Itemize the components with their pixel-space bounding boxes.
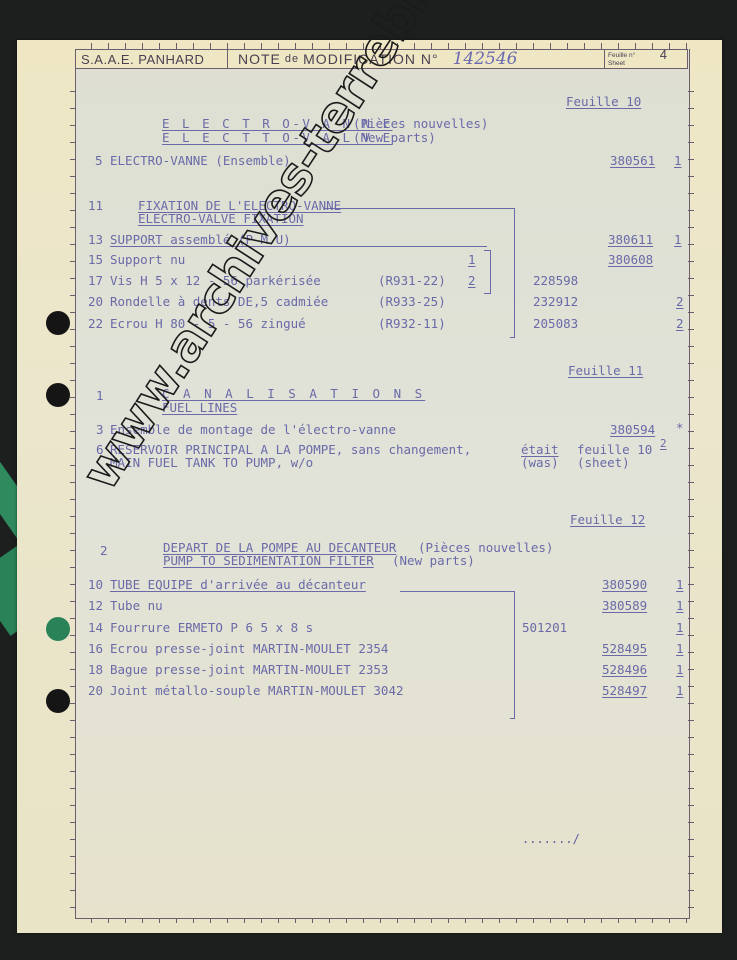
item-label: Support nu bbox=[110, 253, 185, 267]
group-line bbox=[325, 208, 513, 209]
group-ref: 1 bbox=[96, 389, 104, 403]
sheet-label-fr: Feuille n° bbox=[608, 52, 687, 60]
quantity: 1 bbox=[676, 642, 684, 656]
ruler-bottom bbox=[75, 918, 688, 923]
quantity: 1 bbox=[676, 663, 684, 677]
quantity: 1 bbox=[674, 233, 682, 247]
item-label: TUBE EQUIPE d'arrivée au décanteur bbox=[110, 578, 366, 592]
quantity: 1 bbox=[676, 621, 684, 635]
item-ref: 10 bbox=[88, 578, 103, 592]
quantity: 1 bbox=[676, 684, 684, 698]
item-ref: 14 bbox=[88, 621, 103, 635]
sub-quantity: 2 bbox=[468, 274, 476, 288]
sheet-box: Feuille n° Sheet 4 bbox=[605, 50, 687, 68]
part-number: 380594 bbox=[610, 423, 655, 437]
part-number: 228598 bbox=[533, 274, 578, 288]
note-prefix: NOTE bbox=[238, 51, 281, 67]
group-title-en: PUMP TO SEDIMENTATION FILTER bbox=[163, 554, 374, 568]
continuation-mark: ......./ bbox=[522, 832, 580, 846]
quantity: 2 bbox=[676, 295, 684, 309]
sheet-superscript: 2 bbox=[660, 437, 667, 451]
sheet-ref: Feuille 10 bbox=[566, 95, 641, 109]
punch-hole bbox=[46, 689, 70, 713]
part-number: 528495 bbox=[602, 642, 647, 656]
section-title-en-note: (New parts) bbox=[353, 131, 436, 145]
sheet-label-en: Sheet bbox=[608, 60, 687, 68]
note-number: 142546 bbox=[453, 49, 518, 69]
item-label: Tube nu bbox=[110, 599, 163, 613]
item-label: Fourrure ERMETO P 6 5 x 8 s bbox=[110, 621, 313, 635]
was-en: (was) bbox=[521, 456, 559, 470]
note-de: de bbox=[285, 53, 299, 65]
part-number: 380590 bbox=[602, 578, 647, 592]
part-number: 380589 bbox=[602, 599, 647, 613]
sub-quantity: 1 bbox=[468, 253, 476, 267]
item-ref: 15 bbox=[88, 253, 103, 267]
part-number: 380561 bbox=[610, 154, 655, 168]
note-title: NOTE de MODIFICATION N° 142546 bbox=[228, 50, 605, 68]
group-title-en-note: (New parts) bbox=[392, 554, 475, 568]
group-line bbox=[400, 591, 514, 592]
part-number: 380611 bbox=[608, 233, 653, 247]
subgroup-line bbox=[275, 246, 487, 247]
punch-hole bbox=[46, 311, 70, 335]
sheet-number: 4 bbox=[660, 51, 667, 59]
ruler-right bbox=[688, 75, 694, 915]
ruler-left bbox=[70, 75, 76, 915]
item-ref: 20 bbox=[88, 295, 103, 309]
item-spec: (R932-11) bbox=[378, 317, 446, 331]
group-bracket bbox=[510, 591, 515, 719]
item-ref: 17 bbox=[88, 274, 103, 288]
group-ref: 2 bbox=[100, 544, 108, 558]
group-bracket bbox=[510, 208, 515, 338]
quantity: 1 bbox=[674, 154, 682, 168]
group-ref: 11 bbox=[88, 199, 103, 213]
item-label: ELECTRO-VANNE (Ensemble) bbox=[110, 154, 291, 168]
item-ref: 20 bbox=[88, 684, 103, 698]
sheet-en: (sheet) bbox=[577, 456, 630, 470]
sheet-ref: Feuille 11 bbox=[568, 364, 643, 378]
group-title-fr: C A N A L I S A T I O N S bbox=[162, 387, 425, 401]
item-spec: (R931-22) bbox=[378, 274, 446, 288]
quantity-marker: * bbox=[676, 421, 684, 435]
item-label: Bague presse-joint MARTIN-MOULET 2353 bbox=[110, 663, 388, 677]
subgroup-bracket bbox=[484, 250, 491, 294]
section-title-note: (Pièces nouvelles) bbox=[353, 117, 488, 131]
item-ref: 16 bbox=[88, 642, 103, 656]
company-name: S.A.A.E. PANHARD bbox=[76, 50, 228, 68]
item-ref: 18 bbox=[88, 663, 103, 677]
part-number: 528496 bbox=[602, 663, 647, 677]
item-ref: 12 bbox=[88, 599, 103, 613]
item-label: Ecrou presse-joint MARTIN-MOULET 2354 bbox=[110, 642, 388, 656]
item-ref: 13 bbox=[88, 233, 103, 247]
part-number: 232912 bbox=[533, 295, 578, 309]
item-ref: 22 bbox=[88, 317, 103, 331]
group-part-number: 501201 bbox=[522, 621, 567, 635]
item-spec: (R933-25) bbox=[378, 295, 446, 309]
form-frame bbox=[75, 49, 690, 919]
part-number: 528497 bbox=[602, 684, 647, 698]
sheet-ref: Feuille 12 bbox=[570, 513, 645, 527]
item-ref: 5 bbox=[95, 154, 103, 168]
item-label: Joint métallo-souple MARTIN-MOULET 3042 bbox=[110, 684, 404, 698]
part-number: 205083 bbox=[533, 317, 578, 331]
quantity: 1 bbox=[676, 599, 684, 613]
part-number: 380608 bbox=[608, 253, 653, 267]
quantity: 1 bbox=[676, 578, 684, 592]
punch-hole bbox=[46, 383, 70, 407]
punch-hole bbox=[46, 617, 70, 641]
quantity: 2 bbox=[676, 317, 684, 331]
